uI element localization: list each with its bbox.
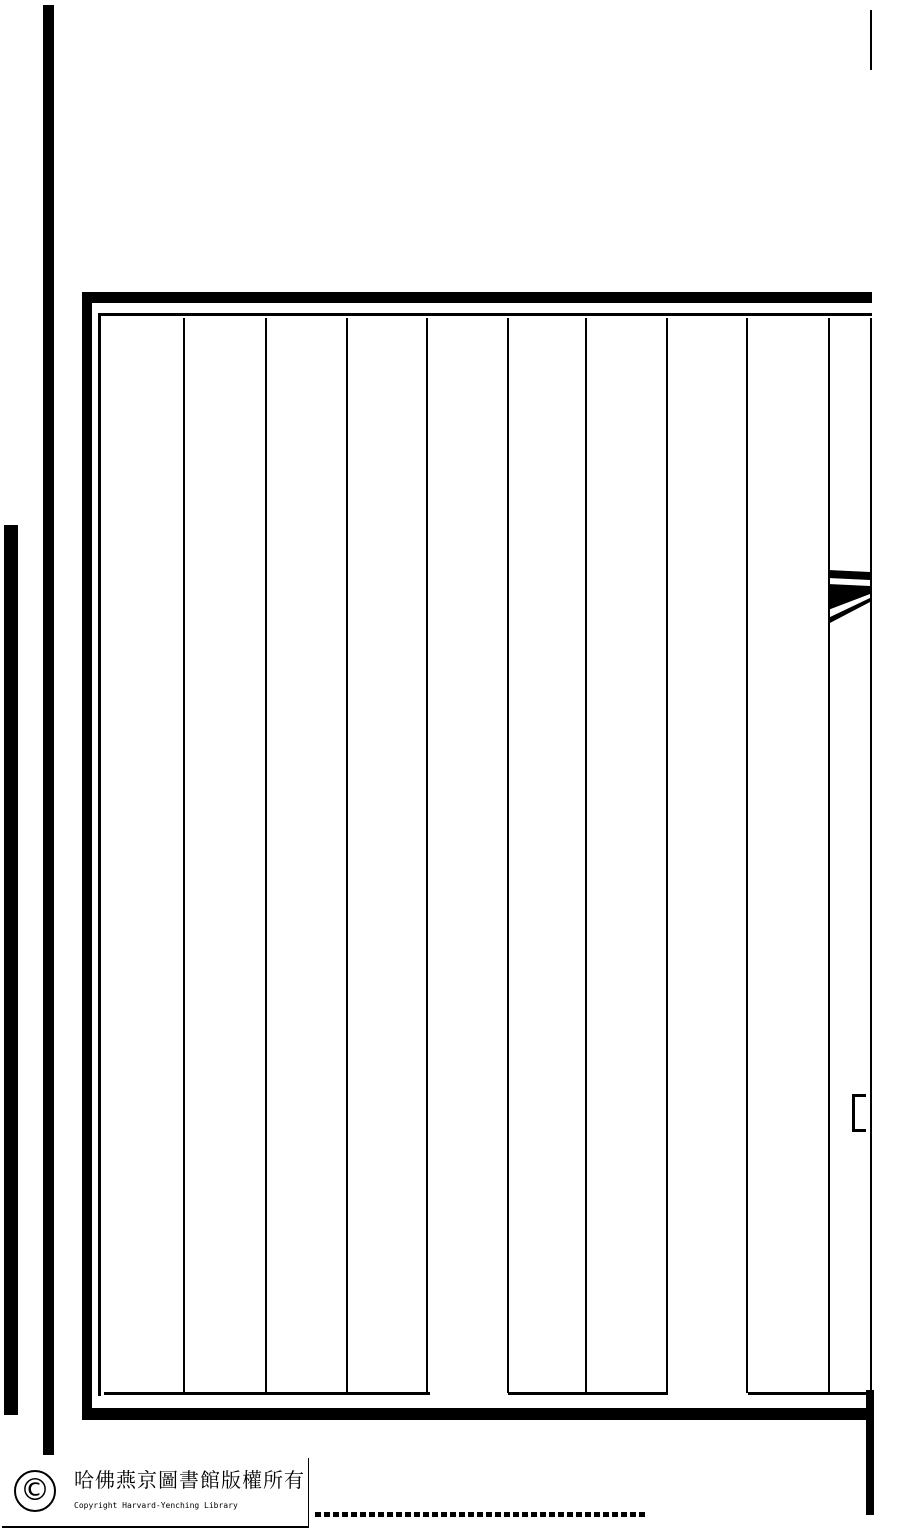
fishtail-mark-icon — [826, 568, 872, 628]
previous-page-edge — [4, 525, 18, 1415]
column-rule — [507, 318, 509, 1393]
copyright-chinese-text: 哈佛燕京圖書館版權所有 — [74, 1464, 305, 1493]
scan-edge-smudge — [315, 1512, 645, 1517]
column-rule — [585, 318, 587, 1393]
column-rule — [666, 318, 668, 1393]
column-rule — [265, 318, 267, 1393]
folio-mark-icon — [852, 1094, 866, 1132]
centerfold-rule — [828, 318, 830, 1393]
inner-border-frame — [98, 313, 872, 1396]
bottom-rule — [104, 1392, 430, 1395]
copyright-stamp: © 哈佛燕京圖書館版權所有 Copyright Harvard-Yenching… — [2, 1458, 309, 1528]
copyright-english-text: Copyright Harvard-Yenching Library — [74, 1501, 238, 1510]
column-rule — [183, 318, 185, 1393]
binding-edge-line — [43, 5, 54, 1455]
centerfold-rule — [870, 318, 872, 1393]
page-fold-edge-top — [870, 10, 872, 70]
bottom-rule — [748, 1392, 870, 1395]
column-rule — [426, 318, 428, 1393]
copyright-icon: © — [14, 1470, 56, 1512]
column-rule — [746, 318, 748, 1393]
bottom-rule — [508, 1392, 668, 1395]
column-rule — [346, 318, 348, 1393]
